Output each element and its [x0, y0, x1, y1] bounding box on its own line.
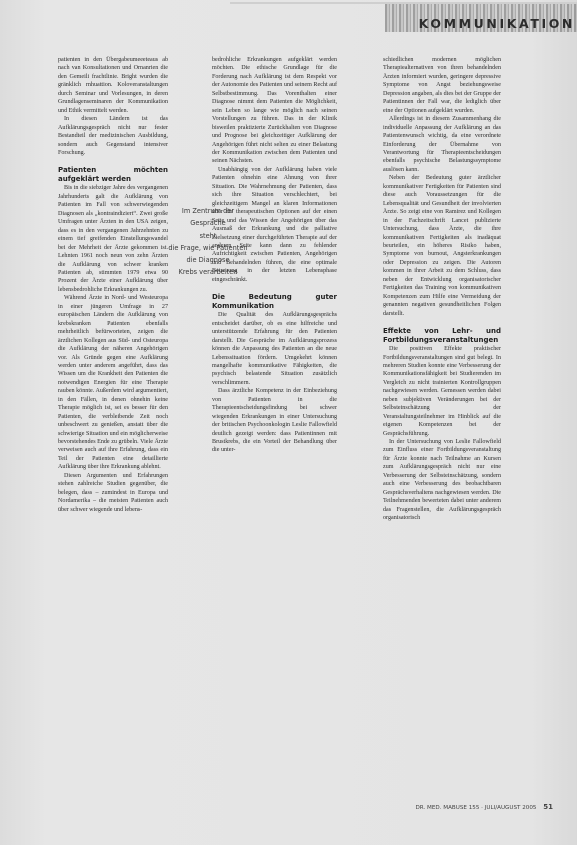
- subheading: Patienten möchten aufgeklärt werden: [58, 166, 168, 184]
- paragraph: In diesen Ländern ist das Aufklärungsges…: [58, 115, 168, 157]
- paragraph: Allerdings ist in diesem Zusammenhang di…: [383, 115, 501, 174]
- paragraph: patienten in den Übergabeumeeeteaus ab n…: [58, 56, 168, 115]
- paragraph: Neben der Bedeutung guter ärztlicher kom…: [383, 174, 501, 318]
- pull-quote-line: steht: [148, 230, 268, 242]
- pull-quote-line: Im Zentrum der: [148, 205, 268, 217]
- magazine-page: KOMMUNIKATION patienten in den Übergabeu…: [0, 0, 577, 845]
- pull-quote: Im Zentrum der Gespräche steht die Frage…: [148, 205, 268, 279]
- article-column-3: schiedlichen modernen möglichen Therapie…: [383, 56, 501, 523]
- paragraph: In der Untersuchung von Leslie Fallowfie…: [383, 438, 501, 523]
- pull-quote-line: Krebs verarbeiten: [148, 266, 268, 278]
- paragraph: Dass ärztliche Kompetenz in der Einbezie…: [212, 387, 337, 455]
- publication-info: DR. MED. MABUSE 155 · JULI/AUGUST 2005: [416, 805, 537, 811]
- paragraph: Die Qualität des Aufklärungsgesprächs en…: [212, 311, 337, 387]
- page-footer: DR. MED. MABUSE 155 · JULI/AUGUST 2005 5…: [416, 803, 554, 811]
- article-column-1: patienten in den Übergabeumeeeteaus ab n…: [58, 56, 168, 514]
- subheading: Effekte von Lehr- und Fortbildungsverans…: [383, 327, 501, 345]
- paragraph: Während Ärzte in Nord- und Westeuropa in…: [58, 294, 168, 472]
- section-label: KOMMUNIKATION: [419, 16, 575, 31]
- paragraph: Diesen Argumenten und Erfahrungen stehen…: [58, 472, 168, 514]
- paragraph: schiedlichen modernen möglichen Therapie…: [383, 56, 501, 115]
- pull-quote-line: die Diagnose: [148, 254, 268, 266]
- pull-quote-line: Gespräche: [148, 217, 268, 229]
- paragraph: bedrohliche Erkrankungen aufgeklärt werd…: [212, 56, 337, 166]
- pull-quote-line: die Frage, wie Patienten: [148, 242, 268, 254]
- paragraph: Die positiven Effekte praktischer Fortbi…: [383, 345, 501, 438]
- page-number: 51: [543, 803, 553, 811]
- subheading: Die Bedeutung guter Kommunikation: [212, 293, 337, 311]
